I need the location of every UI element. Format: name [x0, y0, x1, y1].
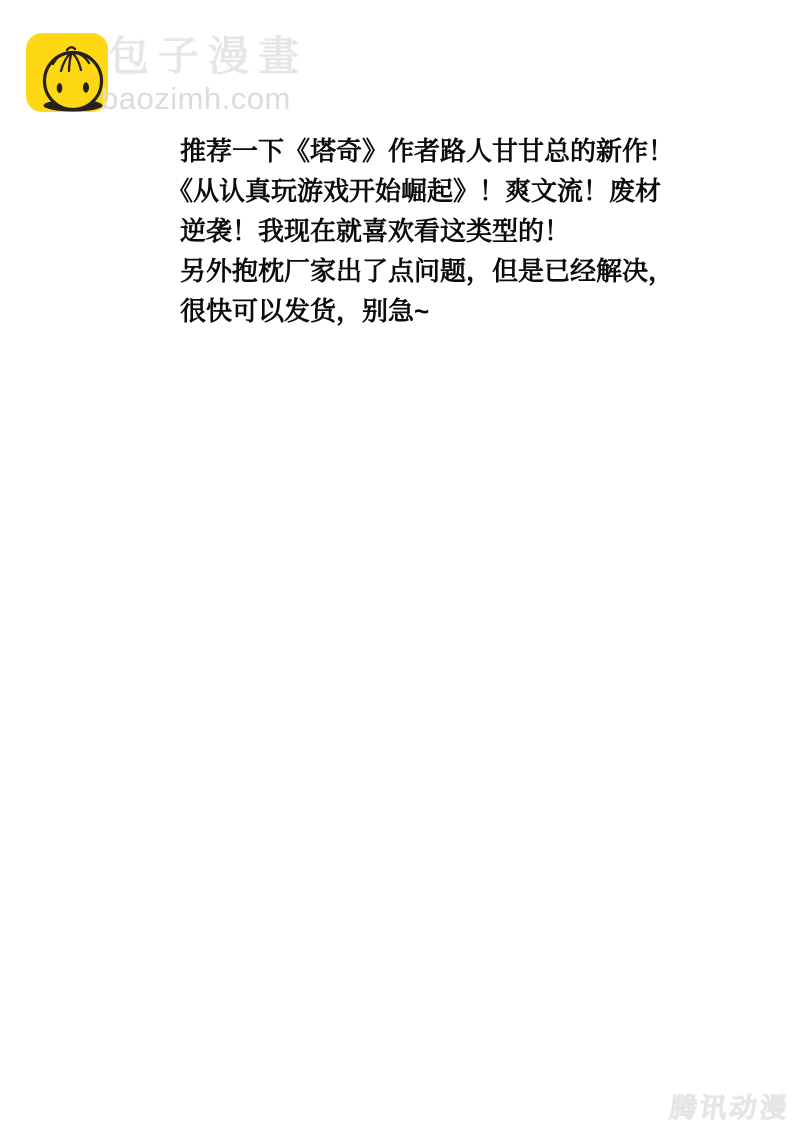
site-domain: baozimh.com	[101, 82, 291, 116]
tencent-comics-watermark: 腾讯动漫	[668, 1086, 793, 1125]
author-note: 推荐一下《塔奇》作者路人甘甘总的新作！ 《从认真玩游戏开始崛起》！爽文流！废材 …	[180, 131, 650, 331]
site-title: 包子漫畫	[108, 34, 308, 79]
note-line: 很快可以发货，别急~	[180, 291, 650, 331]
note-line: 另外抱枕厂家出了点问题，但是已经解决，	[180, 251, 650, 291]
note-line: 推荐一下《塔奇》作者路人甘甘总的新作！	[180, 131, 650, 171]
note-line: 《从认真玩游戏开始崛起》！爽文流！废材	[167, 171, 650, 211]
comic-page: 包子漫畫 baozimh.com 推荐一下《塔奇》作者路人甘甘总的新作！ 《从认…	[0, 0, 800, 1132]
note-line: 逆袭！我现在就喜欢看这类型的！	[180, 211, 650, 251]
baozimh-logo	[26, 33, 108, 112]
baozi-bun-icon	[26, 33, 108, 112]
